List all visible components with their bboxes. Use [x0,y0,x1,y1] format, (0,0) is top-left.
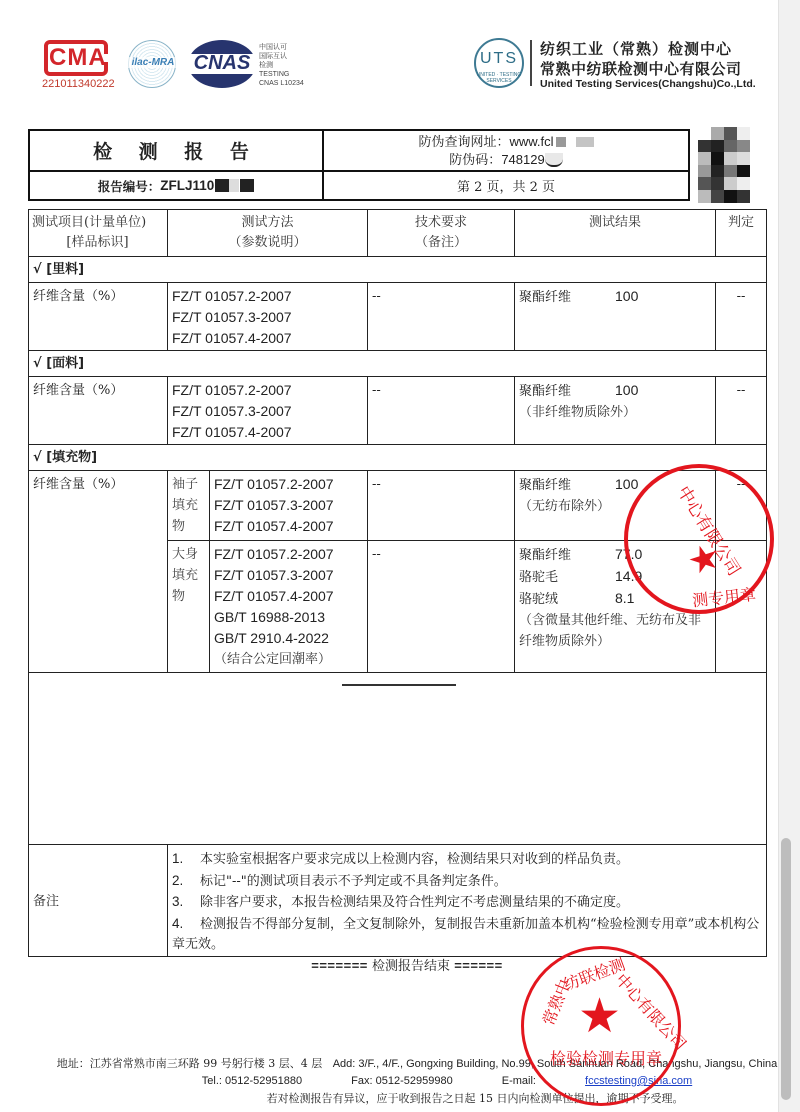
org-name-cn-2: 常熟中纺联检测中心有限公司 [540,58,742,79]
uts-logo-subtext: UNITED · TESTING SERVICES [476,72,522,84]
antifake-url-value[interactable]: www.fcl [509,134,553,149]
fax: Fax: 0512-52959980 [351,1075,453,1087]
cma-logo: CMA 221011340222 [40,38,112,88]
report-title: 检 测 报 告 [30,131,324,172]
redaction-mask [576,137,594,147]
section-lining: √ [里料] [29,257,767,283]
judgement: -- [716,283,767,351]
test-methods: FZ/T 01057.2-2007 FZ/T 01057.3-2007 FZ/T… [168,377,368,445]
header-test-item: 测试项目(计量单位)[样品标识] [29,210,168,257]
qr-pixel [698,152,711,165]
qr-pixel [711,177,724,190]
report-number-label: 报告编号： [98,177,161,195]
judgement: -- [716,471,767,541]
header-requirement: 技术要求（备注） [368,210,515,257]
email-label: E-mail: [502,1075,536,1087]
remark-item: 2.标记"--"的测试项目表示不予判定或不具备判定条件。 [172,871,762,893]
antifake-code-value: 748129 [501,152,544,167]
footer: 地址：江苏省常熟市南三环路 99 号躬行楼 3 层、4 层 Add: 3/F.,… [0,1055,800,1107]
antifake-url-label: 防伪查询网址： [418,135,509,150]
section-shell-fabric: √ [面料] [29,351,767,377]
requirement: -- [368,471,515,541]
qr-pixel [698,165,711,178]
qr-pixel [698,127,711,140]
blank-area [29,673,767,845]
cnas-side-line: 中国认可 [259,43,304,52]
remarks-list: 1.本实验室根据客户要求完成以上检测内容，检测结果只对收到的样品负责。 2.标记… [168,845,767,957]
remark-item: 4.检测报告不得部分复制，全文复制除外，复制报告未重新加盖本机构“检验检测专用章… [172,914,762,956]
qr-pixel [737,127,750,140]
cnas-side-line: 检测 [259,61,304,70]
table-row: 纤维含量（%） FZ/T 01057.2-2007 FZ/T 01057.3-2… [29,377,767,445]
test-methods: 袖子填充物 FZ/T 01057.2-2007 FZ/T 01057.3-200… [168,471,368,541]
logo-divider [530,40,532,86]
cma-logo-text: CMA [49,44,107,72]
requirement: -- [368,541,515,673]
requirement: -- [368,283,515,351]
report-number-value: ZFLJ110 [160,178,214,193]
antifake-info: 防伪查询网址：www.fcl 防伪码：748129 [324,131,688,172]
org-name-cn-1: 纺织工业（常熟）检测中心 [540,38,732,59]
requirement: -- [368,377,515,445]
table-row: 纤维含量（%） FZ/T 01057.2-2007 FZ/T 01057.3-2… [29,283,767,351]
section-filling: √ [填充物] [29,445,767,471]
redaction-mask [556,137,566,147]
qr-pixel [737,152,750,165]
table-row: 纤维含量（%） 袖子填充物 FZ/T 01057.2-2007 FZ/T 010… [29,471,767,541]
tel: Tel.: 0512-52951880 [202,1075,302,1087]
section-title: √ [里料] [29,257,767,283]
judgement: -- [716,377,767,445]
qr-pixel [737,165,750,178]
qr-pixel [724,165,737,178]
cnas-side-line: 国际互认 [259,52,304,61]
cnas-logo-text: CNAS [188,52,256,75]
report-number: 报告编号： ZFLJ110 [30,172,324,199]
cnas-side-line: TESTING [259,70,304,79]
redaction-mask [229,179,239,192]
end-rule [342,684,456,686]
seal-ring-text-right: 中心有限公司 [611,968,692,1055]
header-result: 测试结果 [515,210,716,257]
remarks-row: 备注 1.本实验室根据客户要求完成以上检测内容，检测结果只对收到的样品负责。 2… [29,845,767,957]
address-en: Add: 3/F., 4/F., Gongxing Building, No.9… [333,1058,778,1070]
judgement [716,541,767,673]
cnas-side-line: CNAS L10234 [259,79,304,88]
qr-pixel [737,190,750,203]
section-title: √ [面料] [29,351,767,377]
qr-pixel [724,152,737,165]
antifake-code: 防伪码：748129 [449,151,562,169]
redaction-mask [215,179,229,192]
qr-pixel [724,140,737,153]
qr-pixel [698,140,711,153]
qr-code-redacted [698,127,750,203]
antifake-url: 防伪查询网址：www.fcl [418,133,593,151]
uts-logo: UTS UNITED · TESTING SERVICES [474,38,524,88]
qr-pixel [724,177,737,190]
org-name-en: United Testing Services(Changshu)Co.,Ltd… [540,78,756,90]
section-title: √ [填充物] [29,445,767,471]
qr-pixel [698,190,711,203]
qr-pixel [724,127,737,140]
footer-address: 地址：江苏省常熟市南三环路 99 号躬行楼 3 层、4 层 Add: 3/F.,… [0,1055,800,1073]
test-result: 聚酯纤维77.0 骆驼毛14.9 骆驼绒8.1 （含微量其他纤维、无纺布及非纤维… [515,541,716,673]
cma-number: 221011340222 [42,78,115,90]
cnas-side-text: 中国认可 国际互认 检测 TESTING CNAS L10234 [259,43,304,88]
redaction-mask [240,179,254,192]
table-header-row: 测试项目(计量单位)[样品标识] 测试方法（参数说明） 技术要求（备注） 测试结… [29,210,767,257]
test-item: 纤维含量（%） [29,283,168,351]
title-block: 检 测 报 告 报告编号： ZFLJ110 防伪查询网址：www.fcl 防伪码… [28,129,690,201]
seal-ring-text-left: 常熟中 [536,975,575,1028]
qr-pixel [737,177,750,190]
qr-pixel [698,177,711,190]
address-cn: 地址：江苏省常熟市南三环路 99 号躬行楼 3 层、4 层 [57,1057,322,1070]
footer-contacts: Tel.: 0512-52951880 Fax: 0512-52959980 E… [0,1073,800,1090]
test-item: 纤维含量（%） [29,471,168,673]
ilac-logo-text: ilac-MRA [127,57,179,68]
antifake-code-label: 防伪码： [449,153,501,168]
test-result: 聚酯纤维100 （无纺布除外） [515,471,716,541]
qr-pixel [724,190,737,203]
email-link[interactable]: fccstesting@sina.com [585,1075,692,1087]
remark-item: 3.除非客户要求，本报告检测结果及符合性判定不考虑测量结果的不确定度。 [172,892,762,914]
qr-pixel [711,140,724,153]
test-result: 聚酯纤维100 （非纤维物质除外） [515,377,716,445]
test-methods: 大身填充物 FZ/T 01057.2-2007 FZ/T 01057.3-200… [168,541,368,673]
seal-star-icon: ★ [578,992,621,1040]
sample-label: 大身填充物 [168,541,210,672]
remarks-label: 备注 [29,845,168,957]
test-results-table: 测试项目(计量单位)[样品标识] 测试方法（参数说明） 技术要求（备注） 测试结… [28,209,767,957]
test-methods: FZ/T 01057.2-2007 FZ/T 01057.3-2007 FZ/T… [168,283,368,351]
remark-item: 1.本实验室根据客户要求完成以上检测内容，检测结果只对收到的样品负责。 [172,849,762,871]
uts-logo-text: UTS [476,50,522,68]
test-item: 纤维含量（%） [29,377,168,445]
cnas-logo: CNAS [188,40,256,88]
qr-pixel [711,190,724,203]
test-result: 聚酯纤维100 [515,283,716,351]
report-end-marker: ======= 检测报告结束 ====== [0,955,800,974]
qr-pixel [711,165,724,178]
sample-label: 袖子填充物 [168,471,210,540]
header-test-method: 测试方法（参数说明） [168,210,368,257]
footer-objection-notice: 若对检测报告有异议，应于收到报告之日起 15 日内向检测单位提出，逾期不予受理。 [0,1090,800,1107]
ilac-mra-logo: ilac-MRA [128,40,176,88]
redaction-mask [545,153,563,167]
qr-pixel [737,140,750,153]
qr-pixel [711,127,724,140]
page-info: 第 2 页，共 2 页 [324,172,688,199]
header-judgement: 判定 [716,210,767,257]
qr-pixel [711,152,724,165]
